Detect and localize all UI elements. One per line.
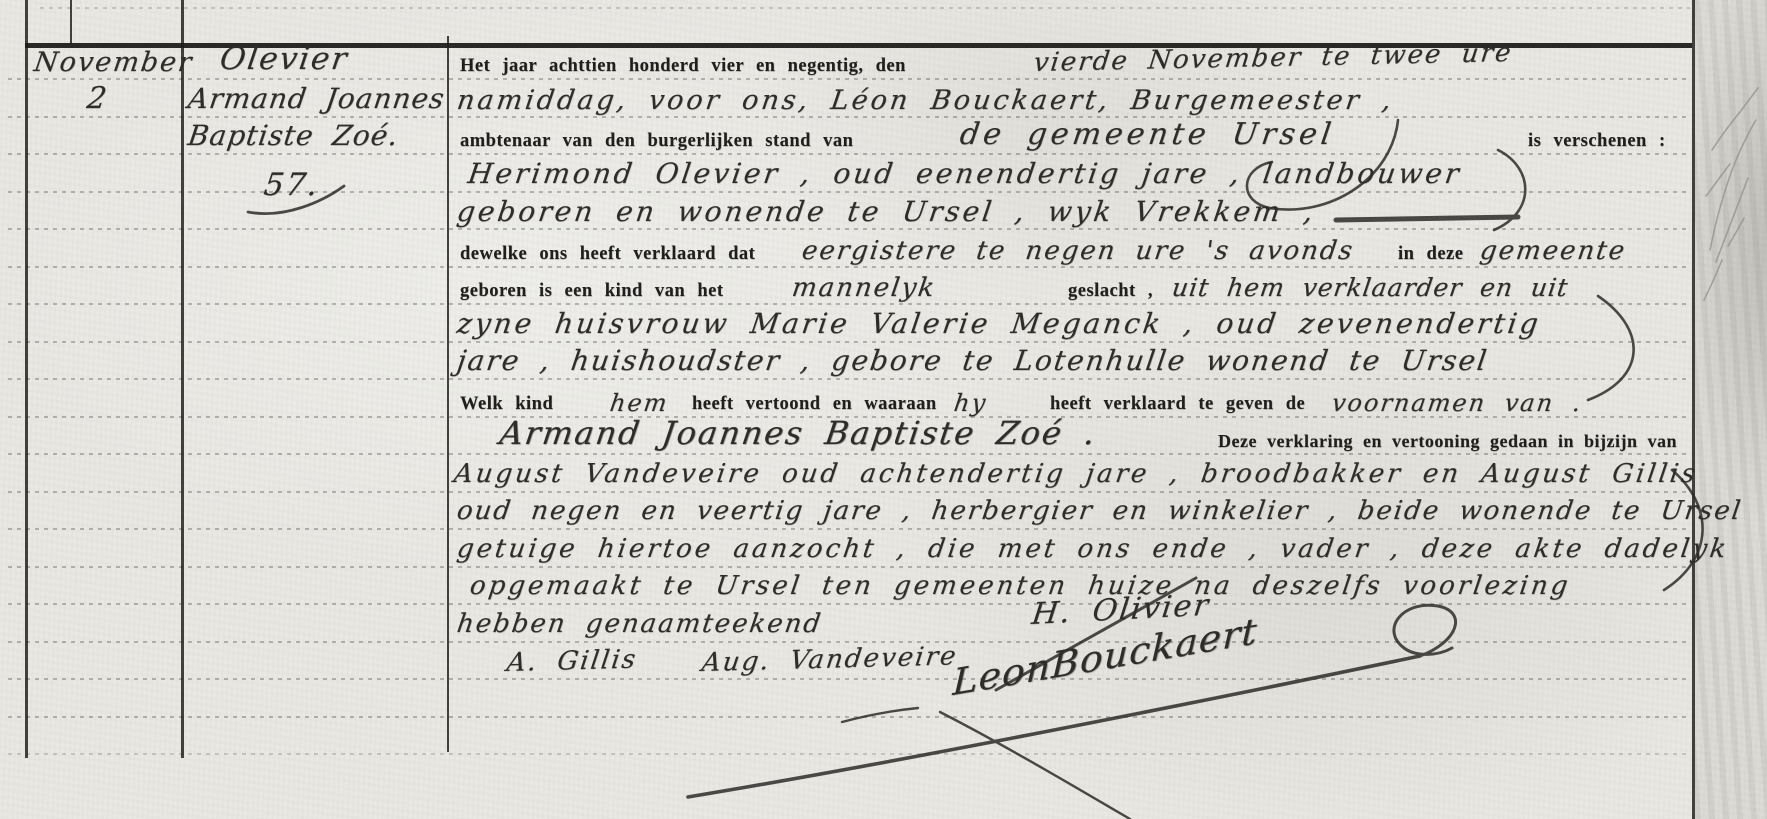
act-date-day: 2 xyxy=(85,84,110,114)
ruled-dotted-line xyxy=(8,191,1690,193)
ruled-dotted-line xyxy=(8,753,1690,755)
ruled-dotted-line xyxy=(8,153,1690,155)
ruled-dotted-line xyxy=(8,228,1690,230)
hand-municipality: de gemeente Ursel xyxy=(958,120,1337,150)
printed-year-line: Het jaar achttien honderd vier en negent… xyxy=(460,55,906,77)
hand-mother: zyne huisvrouw Marie Valerie Meganck , o… xyxy=(455,309,1543,339)
printed-in-this: in deze xyxy=(1398,243,1463,265)
hand-closing-3: hebben genaamteekend xyxy=(455,609,824,639)
hand-child-names: Armand Joannes Baptiste Zoé . xyxy=(498,418,1099,448)
ruled-dotted-line xyxy=(8,566,1690,568)
child-given-names-1: Armand Joannes xyxy=(186,84,447,114)
ruled-dotted-line xyxy=(8,266,1690,268)
page-edge xyxy=(1695,0,1767,819)
ruled-dotted-line xyxy=(8,116,1690,118)
hand-birthtime: eergistere te negen ure 's avonds xyxy=(800,236,1356,266)
ruled-dotted-line xyxy=(8,303,1690,305)
ruled-dotted-line xyxy=(8,453,1690,455)
printed-give-names: heeft verklaard te geven de xyxy=(1050,393,1305,415)
printed-shown: heeft vertoond en waaraan xyxy=(692,393,937,415)
hand-witness-2: oud negen en veertig jare , herbergier e… xyxy=(455,496,1744,526)
birth-act-scan: November 2 Olevier Armand Joannes Baptis… xyxy=(0,0,1767,819)
ruled-dotted-line xyxy=(8,641,1690,643)
hand-of-him: uit hem verklaarder en uit xyxy=(1170,273,1570,303)
hand-mother-2: jare , huishoudster , gebore te Lotenhul… xyxy=(455,346,1490,376)
act-number: 57. xyxy=(262,170,322,200)
act-date-month: November xyxy=(32,48,195,78)
printed-which-child: Welk kind xyxy=(460,393,553,415)
ruled-dotted-line xyxy=(8,528,1690,530)
ruled-dotted-line xyxy=(8,603,1690,605)
ruled-dotted-line xyxy=(8,341,1690,343)
hand-closing-1: getuige hiertoe aanzocht , die met ons e… xyxy=(455,534,1731,564)
ruled-dotted-line xyxy=(8,78,1690,80)
printed-born: geboren is een kind van het xyxy=(460,280,724,302)
child-given-names-2: Baptiste Zoé. xyxy=(186,121,400,151)
signature-mayor: LeonBouckaert xyxy=(952,617,1258,698)
hand-sex: mannelyk xyxy=(790,273,938,303)
signature-witness-vandeveire: Aug. Vandeveire xyxy=(700,641,960,678)
column-rule-right xyxy=(1692,0,1695,819)
hand-municipality-2: gemeente xyxy=(1478,236,1628,266)
hand-witness-1: August Vandeveire oud achtendertig jare … xyxy=(452,459,1700,489)
hand-declarant: Herimond Olevier , oud eenendertig jare … xyxy=(466,159,1463,189)
child-surname: Olevier xyxy=(218,44,350,74)
printed-declared: dewelke ons heeft verklaard dat xyxy=(460,243,755,265)
ruled-dotted-line xyxy=(8,716,1690,718)
column-rule-date-name xyxy=(181,0,184,758)
signature-witness-gillis: A. Gillis xyxy=(505,645,639,678)
ruled-dotted-line xyxy=(40,7,1690,9)
hand-officer-line: namiddag, voor ons, Léon Bouckaert, Burg… xyxy=(455,86,1396,116)
ruled-dotted-line xyxy=(8,378,1690,380)
hand-closing-2: opgemaakt te Ursel ten gemeenten huize n… xyxy=(468,571,1573,601)
hand-names: voornamen van . xyxy=(1330,388,1585,418)
column-rule-left xyxy=(25,0,28,758)
printed-appeared: is verschenen : xyxy=(1528,130,1666,152)
printed-officer-line: ambtenaar van den burgerlijken stand van xyxy=(460,130,853,152)
printed-sex: geslacht , xyxy=(1068,280,1153,302)
hand-residence: geboren en wonende te Ursel , wyk Vrekke… xyxy=(455,197,1318,227)
column-rule-stub xyxy=(70,0,72,44)
printed-witness-intro: Deze verklaring en vertooning gedaan in … xyxy=(1218,430,1677,452)
ruled-dotted-line xyxy=(8,491,1690,493)
ruled-dotted-line xyxy=(8,678,1690,680)
column-rule-name-body xyxy=(447,36,449,752)
